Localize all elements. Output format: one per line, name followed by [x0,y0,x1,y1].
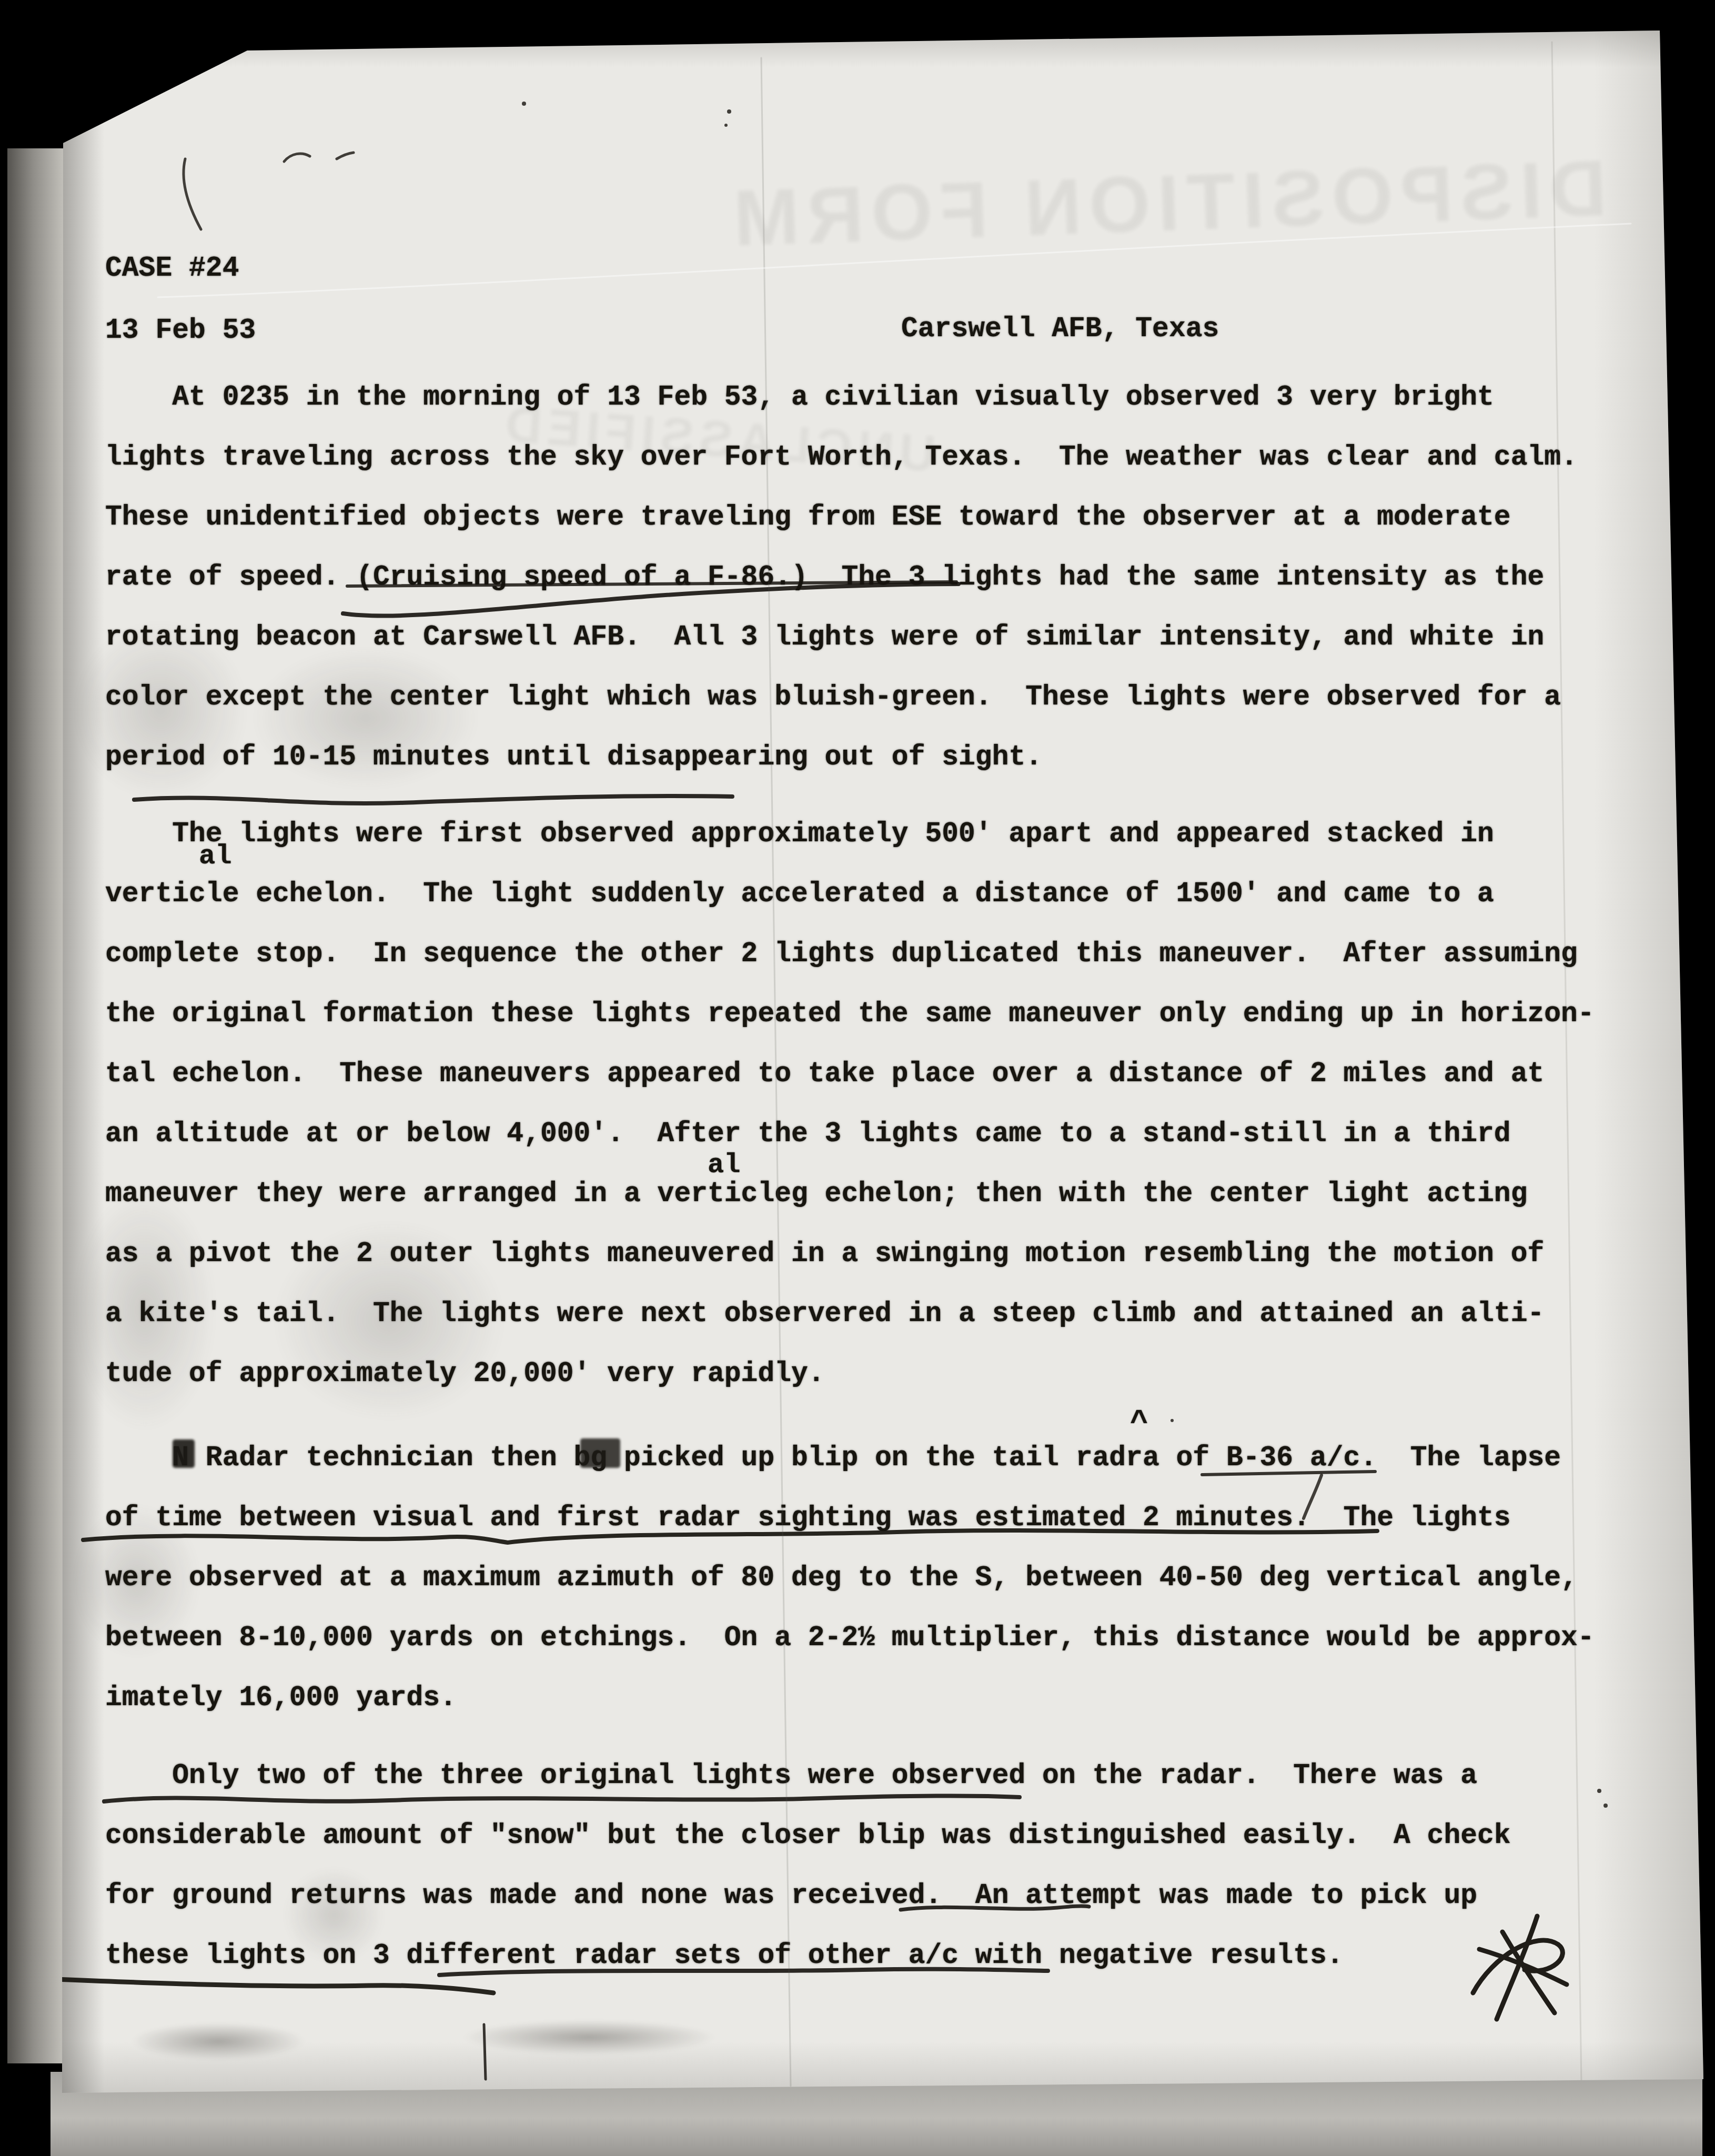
separator-wavy-line [134,796,732,803]
annotation-marks [0,0,1715,2156]
underline-the-lapse [1202,1472,1375,1475]
ink-specks [522,102,1608,1808]
underline-only-two-wavy [104,1796,1020,1801]
underline-lapse-sentence-wavy [83,1530,1377,1543]
scan-background: { "document": { "case_number": "CASE #24… [0,0,1715,2156]
underlying-page-edge-left [7,148,64,2063]
underline-attempt-wavy [901,1906,1089,1910]
crease-line-right [1552,42,1581,2083]
pen-marks-top-left [184,153,354,229]
pen-slash-mark [1304,1475,1321,1518]
underline-results-wavy-left [32,1978,493,1993]
bottom-ink-stroke [484,2024,486,2079]
scribble-x-mark [1473,1916,1567,2019]
crease-line-left [761,58,791,2086]
underline-cruising-speed-hand [343,584,959,616]
scratch-line [158,224,1631,297]
underline-results-wavy-right [439,1969,1048,1975]
document-sheet: DISPOSITION FORM UNCLASSIFIED CASE #24 1… [0,0,1715,2156]
